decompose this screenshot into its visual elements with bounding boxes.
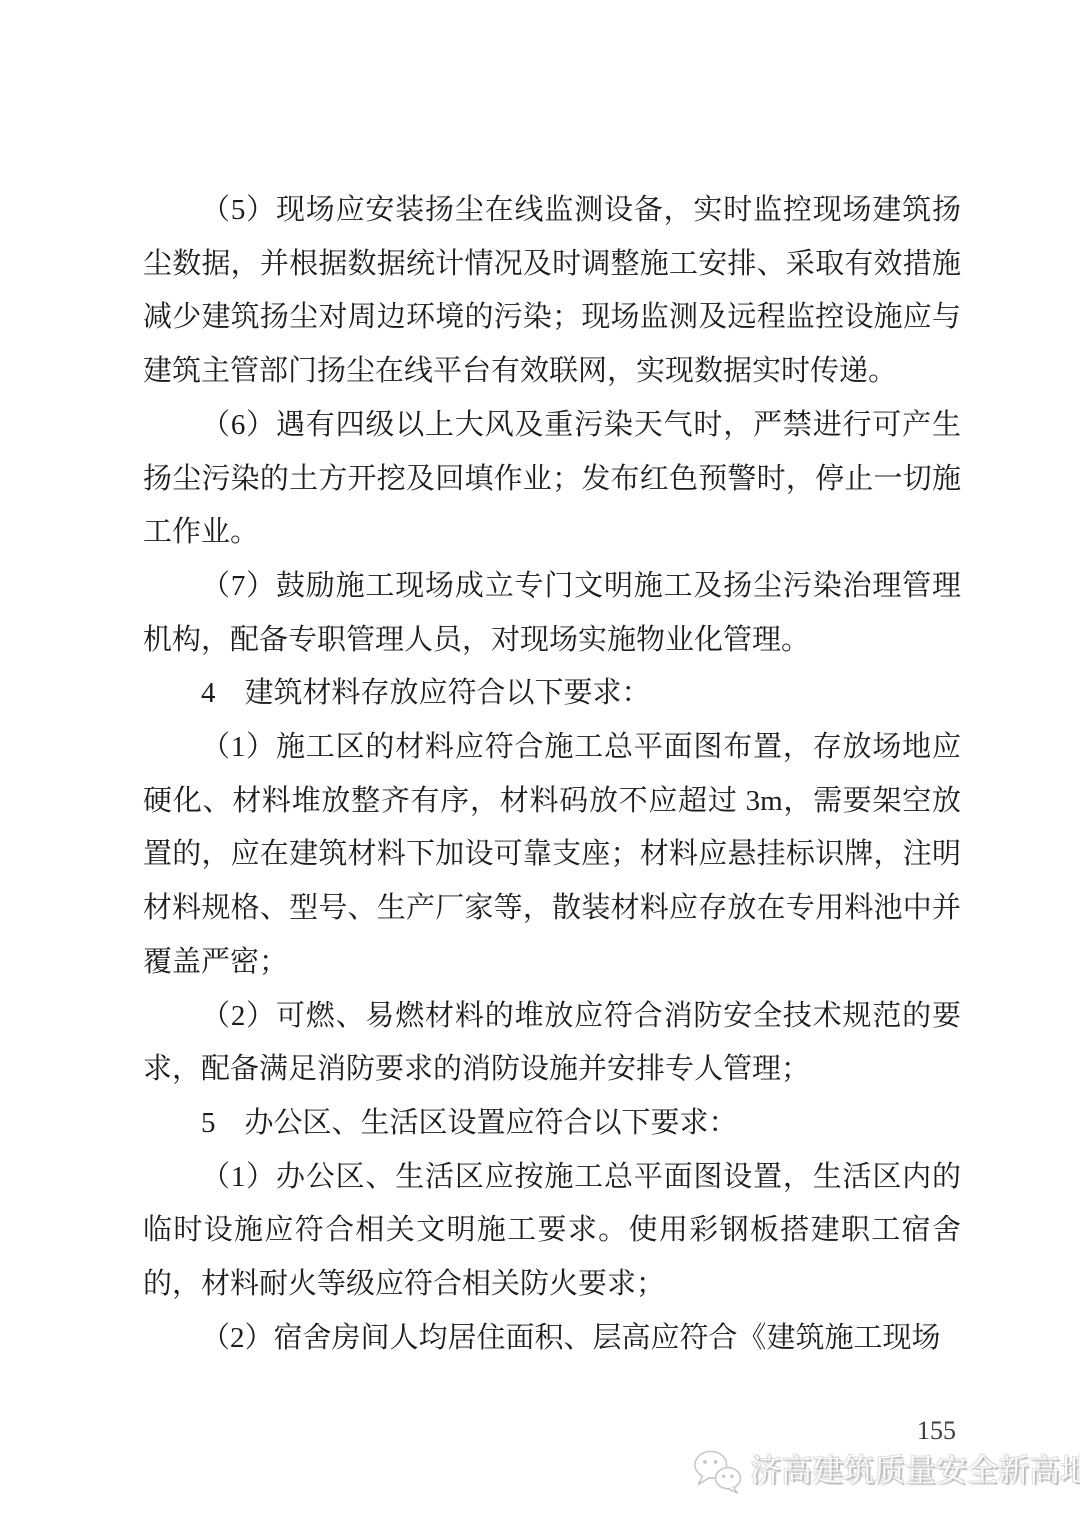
document-page: （5）现场应安装扬尘在线监测设备，实时监控现场建筑扬尘数据，并根据数据统计情况及… xyxy=(0,0,1080,1527)
page-number: 155 xyxy=(917,1416,956,1446)
wechat-icon xyxy=(692,1448,742,1494)
document-body: （5）现场应安装扬尘在线监测设备，实时监控现场建筑扬尘数据，并根据数据统计情况及… xyxy=(143,184,961,1365)
paragraph-4-2-flammable-materials: （2）可燃、易燃材料的堆放应符合消防安全技术规范的要求，配备满足消防要求的消防设… xyxy=(143,990,961,1097)
heading-4-material-storage: 4 建筑材料存放应符合以下要求： xyxy=(143,667,961,721)
heading-5-office-living-area: 5 办公区、生活区设置应符合以下要求： xyxy=(143,1097,961,1151)
paragraph-5-2-dormitory: （2）宿舍房间人均居住面积、层高应符合《建筑施工现场 xyxy=(143,1312,961,1366)
paragraph-6-wind-warning: （6）遇有四级以上大风及重污染天气时，严禁进行可产生扬尘污染的土方开挖及回填作业… xyxy=(143,399,961,560)
paragraph-5-dust-monitoring: （5）现场应安装扬尘在线监测设备，实时监控现场建筑扬尘数据，并根据数据统计情况及… xyxy=(143,184,961,399)
watermark-text: 济高建筑质量安全新高地 xyxy=(750,1446,1080,1496)
paragraph-7-management-org: （7）鼓励施工现场成立专门文明施工及扬尘污染治理管理机构，配备专职管理人员，对现… xyxy=(143,560,961,667)
paragraph-5-1-area-layout: （1）办公区、生活区应按施工总平面图设置，生活区内的临时设施应符合相关文明施工要… xyxy=(143,1151,961,1312)
wechat-watermark: 济高建筑质量安全新高地 xyxy=(692,1446,1080,1496)
paragraph-4-1-material-layout: （1）施工区的材料应符合施工总平面图布置，存放场地应硬化、材料堆放整齐有序，材料… xyxy=(143,721,961,990)
